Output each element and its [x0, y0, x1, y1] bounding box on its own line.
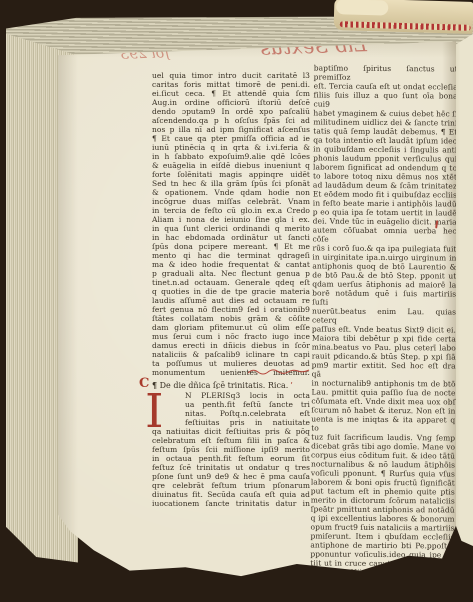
text-column-left: uel quia timor intro ducit caritatē l3 c… — [152, 71, 310, 508]
rubric-red-mark: ’ — [290, 381, 293, 390]
red-initial-I: I — [145, 388, 164, 435]
rubric-line: C¶ De die dñica ſcē trinitatis. Rica.’ — [152, 380, 310, 391]
open-page: fol 293 Lib Sextus uel quia timor intro … — [58, 36, 456, 586]
trinity-paragraph-full-lines: qa natiuitas dicit feſtiuitas pris & pōq… — [152, 427, 310, 508]
paragraph-whitsun: uel quia timor intro ducit caritatē l3 c… — [152, 71, 310, 377]
rubric-text: De die dñica ſcē trinitatis. Rica. — [160, 381, 289, 390]
trinity-paragraph: i I N PLERISq3 locis in octa ua penth.fi… — [152, 391, 310, 508]
guide-letter: i — [216, 384, 218, 391]
paragraph-right: baptiſmo ſpiritus ſanctus ut premiſſoz e… — [310, 64, 458, 578]
text-column-right: baptiſmo ſpiritus ſanctus ut premiſſoz e… — [310, 64, 458, 578]
trinity-paragraph-indented-lines: N PLERISq3 locis in octa ua penth.fit fe… — [185, 391, 310, 427]
headband — [334, 0, 473, 34]
red-flourish — [248, 367, 310, 375]
headband-end — [336, 0, 388, 16]
headband-red-stitches — [340, 21, 471, 31]
book-photo: fol 293 Lib Sextus uel quia timor intro … — [0, 0, 473, 602]
